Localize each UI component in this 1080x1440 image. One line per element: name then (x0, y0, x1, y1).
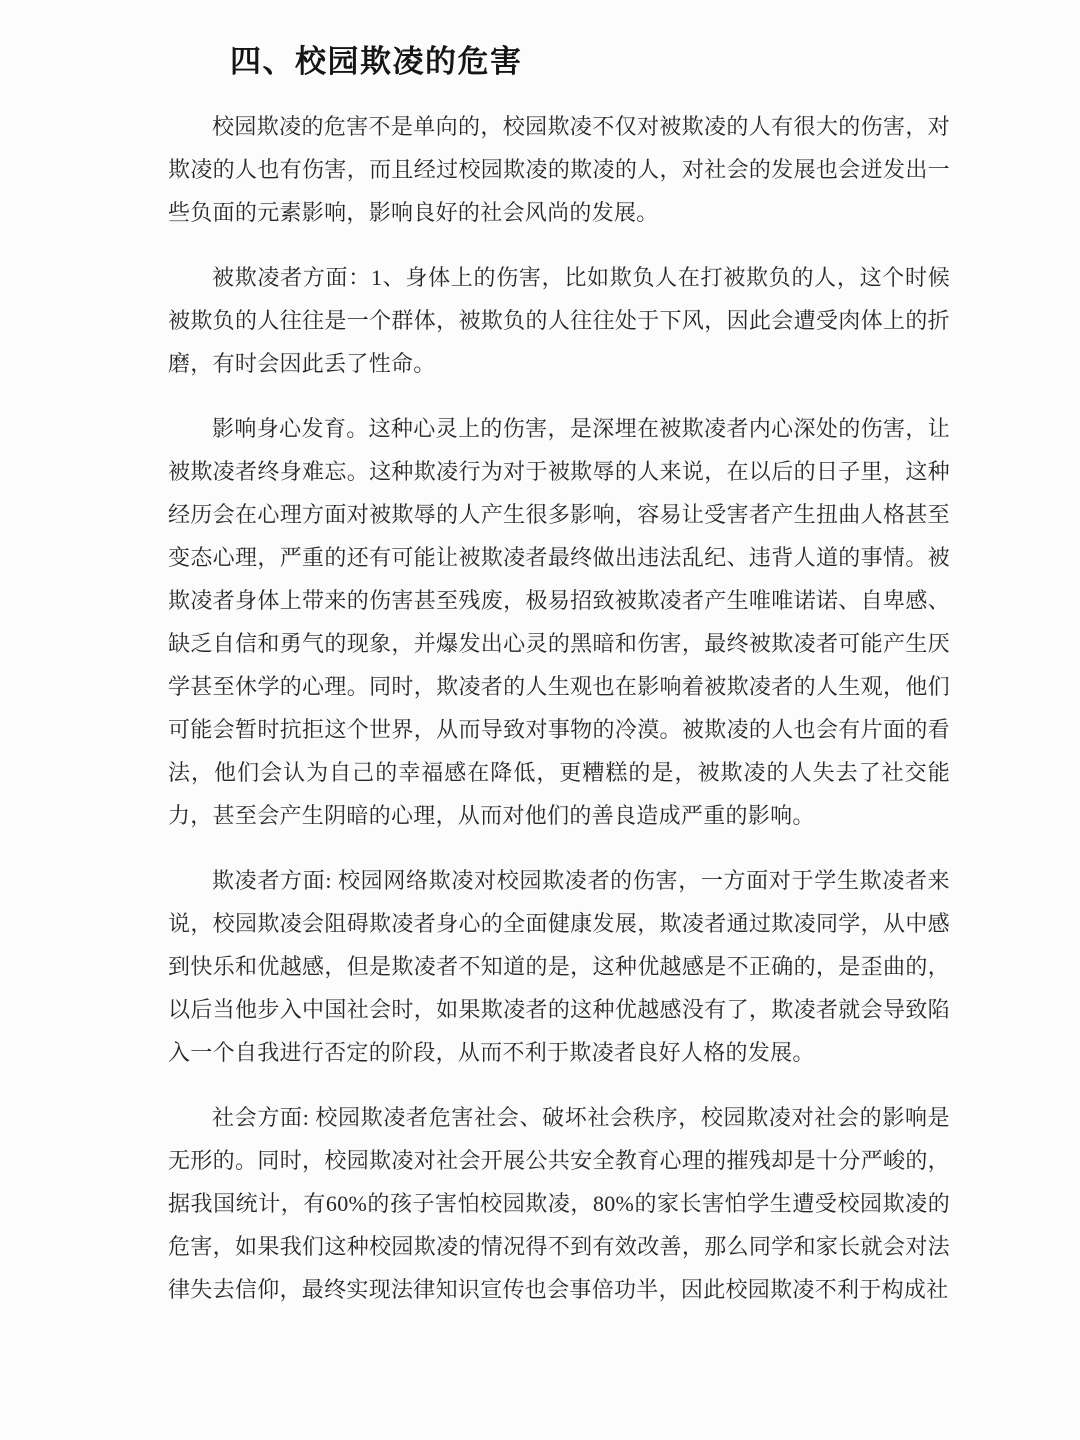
paragraph-society-aspect: 社会方面: 校园欺凌者危害社会、破坏社会秩序，校园欺凌对社会的影响是无形的。同时… (168, 1096, 950, 1311)
section-heading: 四、校园欺凌的危害 (230, 42, 950, 82)
document-page: 四、校园欺凌的危害 校园欺凌的危害不是单向的，校园欺凌不仅对被欺凌的人有很大的伤… (0, 0, 1080, 1440)
paragraph-victim-psychological-harm: 影响身心发育。这种心灵上的伤害，是深埋在被欺凌者内心深处的伤害，让被欺凌者终身难… (168, 407, 950, 837)
paragraph-bully-aspect: 欺凌者方面: 校园网络欺凌对校园欺凌者的伤害，一方面对于学生欺凌者来说，校园欺凌… (168, 859, 950, 1074)
paragraph-overview: 校园欺凌的危害不是单向的，校园欺凌不仅对被欺凌的人有很大的伤害，对欺凌的人也有伤… (168, 105, 950, 234)
document-content: 四、校园欺凌的危害 校园欺凌的危害不是单向的，校园欺凌不仅对被欺凌的人有很大的伤… (168, 42, 950, 1311)
paragraph-victim-physical-harm: 被欺凌者方面：1、身体上的伤害，比如欺负人在打被欺负的人，这个时候被欺负的人往往… (168, 256, 950, 385)
